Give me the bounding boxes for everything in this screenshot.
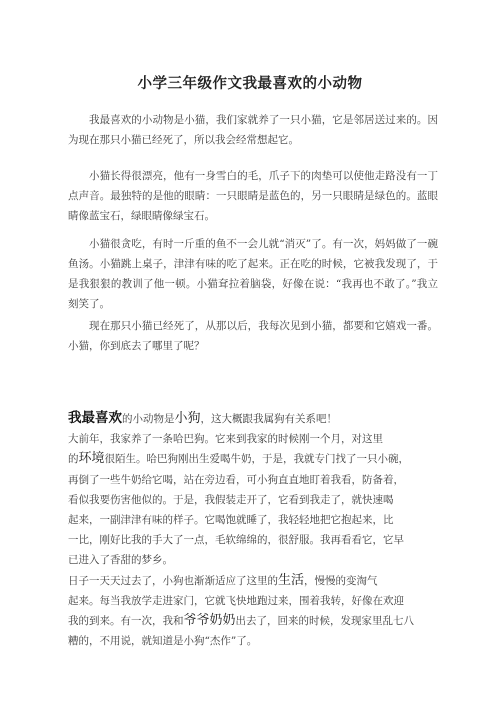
essay2-line-1: 我最喜欢的小动物是小狗，这大概跟我属狗有关系吧！ xyxy=(68,408,438,429)
essay2-line-11: 我的到来。有一次，我和爷爷奶奶出去了，回来的时候，发现家里乱七八 xyxy=(68,611,438,631)
essay2-line-7: 一比，刚好比我的手大了一点，毛软绵绵的，很舒服。我再看看它，它早 xyxy=(68,530,438,550)
essay1-paragraph-3: 小猫很贪吃，有时一斤重的鱼不一会儿就“消灭”了。有一次，妈妈做了一碗鱼汤。小猫跳… xyxy=(68,234,438,314)
text-span: 日子一天天过去了，小狗也渐渐适应了这里的 xyxy=(68,575,278,587)
text-span: 的小动物是 xyxy=(122,413,175,425)
essay1-paragraph-1: 我最喜欢的小动物是小猫，我们家就养了一只小猫，它是邻居送过来的。因为现在那只小猫… xyxy=(68,110,438,150)
essay2-line-12: 糟的，不用说，就知道是小狗“杰作”了。 xyxy=(68,631,438,651)
essay2-line-2: 大前年，我家养了一条哈巴狗。它来到我家的时候刚一个月，对这里 xyxy=(68,429,438,449)
essay1-paragraph-2: 小猫长得很漂亮，他有一身雪白的毛，爪子下的肉垫可以使他走路没有一丁点声音。最独特… xyxy=(68,166,438,226)
essay1-paragraph-4: 现在那只小猫已经死了，从那以后，我每次见到小猫，都要和它嬉戏一番。小猫，你到底去… xyxy=(68,316,438,356)
essay2-line-3: 的环境很陌生。哈巴狗刚出生爱喝牛奶，于是，我就专门找了一只小碗， xyxy=(68,449,438,469)
emphasis-text: 小狗 xyxy=(175,411,201,426)
essay2-line-6: 起来，一副津津有味的样子。它喝饱就睡了，我轻轻地把它抱起来，比 xyxy=(68,510,438,530)
text-span: ，这大概跟我属狗有关系吧！ xyxy=(201,413,338,425)
text-span: 出去了，回来的时候，发现家里乱七八 xyxy=(236,615,415,627)
document-title: 小学三年级作文我最喜欢的小动物 xyxy=(0,72,500,93)
essay2-line-9: 日子一天天过去了，小狗也渐渐适应了这里的生活，慢慢的变淘气 xyxy=(68,571,438,591)
emphasis-text: 我最喜欢 xyxy=(68,410,122,426)
text-span: 很陌生。哈巴狗刚出生爱喝牛奶，于是，我就专门找了一只小碗， xyxy=(105,453,410,465)
emphasis-text: 环境 xyxy=(79,451,105,466)
emphasis-text: 生活 xyxy=(278,573,304,588)
essay2-line-5: 看似我要伤害他似的。于是，我假装走开了，它看到我走了，就快速喝 xyxy=(68,490,438,510)
essay2-line-10: 起来。每当我放学走进家门，它就飞快地跑过来，围着我转，好像在欢迎 xyxy=(68,591,438,611)
essay2-line-8: 已进入了香甜的梦乡。 xyxy=(68,550,438,570)
essay2-line-4: 再倒了一些牛奶给它喝，站在旁边看，可小狗直直地盯着我看，防备着， xyxy=(68,470,438,490)
essay2-body: 我最喜欢的小动物是小狗，这大概跟我属狗有关系吧！ 大前年，我家养了一条哈巴狗。它… xyxy=(68,408,438,651)
text-span: 我的到来。有一次，我和 xyxy=(68,615,184,627)
text-span: 的 xyxy=(68,453,79,465)
text-span: ，慢慢的变淘气 xyxy=(304,575,378,587)
emphasis-text: 爷爷奶奶 xyxy=(184,613,236,628)
